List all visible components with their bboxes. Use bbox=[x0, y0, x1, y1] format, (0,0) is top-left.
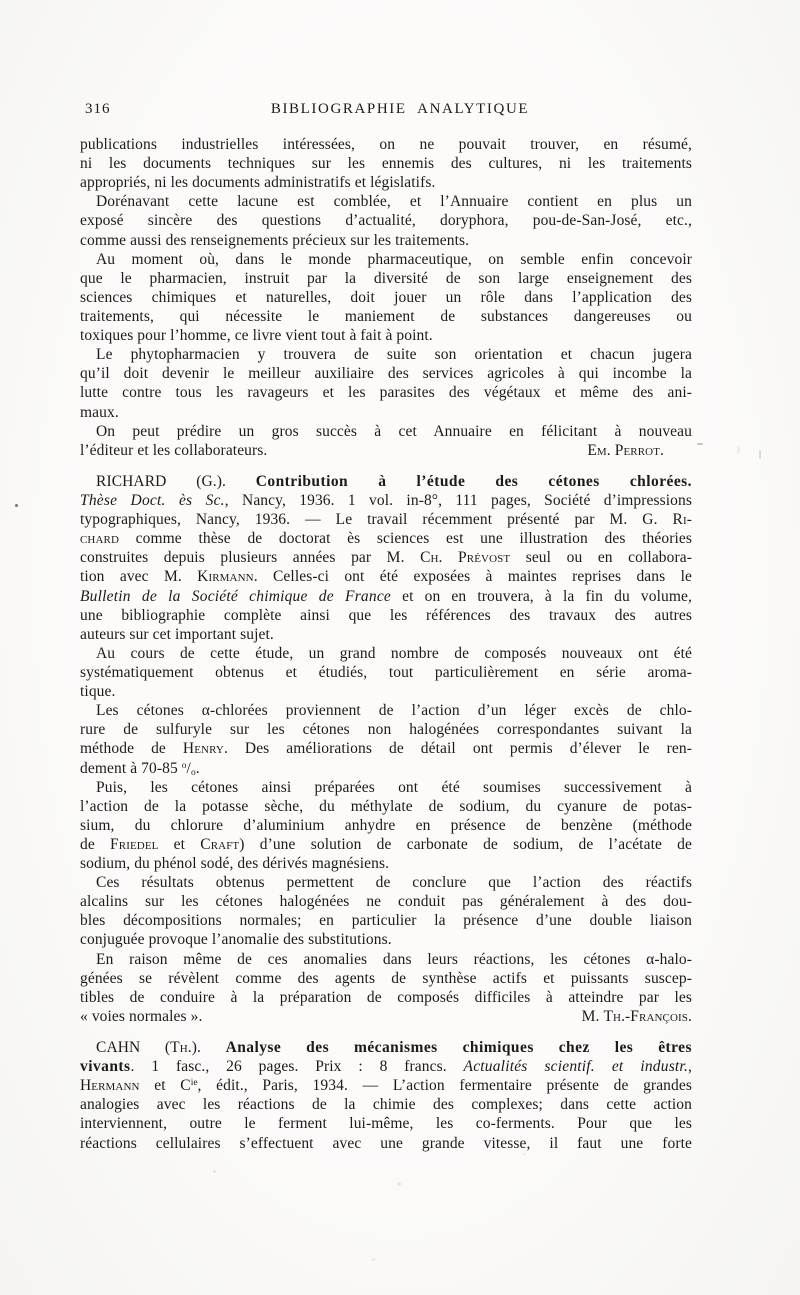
text-line: ni les documents techniques sur les enne… bbox=[80, 154, 692, 173]
text-line: RICHARD (G.). Contribution à l’étude des… bbox=[80, 472, 692, 491]
text-line: typographiques, Nancy, 1936. — Le travai… bbox=[80, 510, 692, 529]
text-line: conjuguée provoque l’anomalie des substi… bbox=[80, 930, 692, 949]
text-line: Au moment où, dans le monde pharmaceutiq… bbox=[80, 250, 692, 269]
text-line: l’action de la potasse sèche, du méthyla… bbox=[80, 797, 692, 816]
running-title: BIBLIOGRAPHIE ANALYTIQUE bbox=[0, 101, 800, 118]
text-line: maux. bbox=[80, 403, 692, 422]
text-line: qu’il doit devenir le meilleur auxiliair… bbox=[80, 364, 692, 383]
text-line: méthode de Henry. Des améliorations de d… bbox=[80, 739, 692, 758]
text-line: génées se révèlent comme des agents de s… bbox=[80, 969, 692, 988]
para-en-raison: En raison même de ces anomalies dans leu… bbox=[80, 950, 692, 1026]
signature: Em. Perrot. bbox=[587, 441, 664, 460]
text-line: Au cours de cette étude, un grand nombre… bbox=[80, 644, 692, 663]
signature: M. Th.-François. bbox=[582, 1007, 692, 1026]
text-line: chard comme thèse de doctorat ès science… bbox=[80, 529, 692, 548]
text-line: En raison même de ces anomalies dans leu… bbox=[80, 950, 692, 969]
text-line: auteurs sur cet important sujet. bbox=[80, 625, 692, 644]
text-line: Thèse Doct. ès Sc., Nancy, 1936. 1 vol. … bbox=[80, 491, 692, 510]
text-line: tibles de conduire à la préparation de c… bbox=[80, 988, 692, 1007]
text-line: exposé sincère des questions d’actualité… bbox=[80, 211, 692, 230]
text-line: appropriés, ni les documents administrat… bbox=[80, 173, 692, 192]
text-line: Le phytopharmacien y trouvera de suite s… bbox=[80, 345, 692, 364]
text-line: de Friedel et Craft) d’une solution de c… bbox=[80, 835, 692, 854]
text-line: lutte contre tous les ravageurs et les p… bbox=[80, 383, 692, 402]
text-line: que le pharmacien, instruit par la diver… bbox=[80, 269, 692, 288]
entry-cahn: CAHN (Th.). Analyse des mécanismes chimi… bbox=[80, 1038, 692, 1153]
text-line: CAHN (Th.). Analyse des mécanismes chimi… bbox=[80, 1038, 692, 1057]
para-cetones-chlorees: Les cétones α-chlorées proviennent de l’… bbox=[80, 701, 692, 777]
scan-speck bbox=[397, 1182, 401, 1186]
text-line: vivants. 1 fasc., 26 pages. Prix : 8 fra… bbox=[80, 1057, 692, 1076]
text-line: comme aussi des renseignements précieux … bbox=[80, 231, 692, 250]
scan-speck bbox=[15, 504, 18, 507]
text-line: bles décompositions normales; en particu… bbox=[80, 911, 692, 930]
scanned-page: { "header": { "page_number": "316", "tit… bbox=[0, 0, 800, 1295]
para-puis: Puis, les cétones ainsi préparées ont ét… bbox=[80, 778, 692, 874]
text-line: traitements, qui nécessite le maniement … bbox=[80, 307, 692, 326]
text-line: publications industrielles intéressées, … bbox=[80, 135, 692, 154]
para-phytopharmacien: Le phytopharmacien y trouvera de suite s… bbox=[80, 345, 692, 421]
text-line: tique. bbox=[80, 682, 692, 701]
scan-speck bbox=[759, 450, 761, 459]
text-line: tion avec M. Kirmann. Celles-ci ont été … bbox=[80, 567, 692, 586]
para-on-peut-predire: On peut prédire un gros succès à cet Ann… bbox=[80, 422, 692, 460]
text-line: dement à 70-85 o/o. bbox=[80, 759, 692, 778]
entry-richard: RICHARD (G.). Contribution à l’étude des… bbox=[80, 472, 692, 644]
text-line: M. Th.-François.« voies normales ». bbox=[80, 1007, 692, 1026]
page-header: 316 BIBLIOGRAPHIE ANALYTIQUE bbox=[0, 101, 800, 121]
text-line: Les cétones α-chlorées proviennent de l’… bbox=[80, 701, 692, 720]
text-line: interviennent, outre le ferment lui-même… bbox=[80, 1114, 692, 1133]
text-line: Bulletin de la Société chimique de Franc… bbox=[80, 587, 692, 606]
para-dorenavant: Dorénavant cette lacune est comblée, et … bbox=[80, 192, 692, 249]
scan-speck bbox=[737, 446, 740, 454]
scan-speck bbox=[523, 1153, 526, 1155]
scan-speck bbox=[372, 1258, 375, 1261]
text-line: réactions cellulaires s’effectuent avec … bbox=[80, 1134, 692, 1153]
text-line: systématiquement obtenus et étudiés, tou… bbox=[80, 663, 692, 682]
text-line: sium, du chlorure d’aluminium anhydre en… bbox=[80, 816, 692, 835]
para-au-cours: Au cours de cette étude, un grand nombre… bbox=[80, 644, 692, 701]
text-line: sodium, du phénol sodé, des dérivés magn… bbox=[80, 854, 692, 873]
text-line: construites depuis plusieurs années par … bbox=[80, 548, 692, 567]
text-line: toxiques pour l’homme, ce livre vient to… bbox=[80, 326, 692, 345]
text-line: sciences chimiques et naturelles, doit j… bbox=[80, 288, 692, 307]
text-line: Em. Perrot.l’éditeur et les collaborateu… bbox=[80, 441, 692, 460]
para-publications: publications industrielles intéressées, … bbox=[80, 135, 692, 192]
text-line: Puis, les cétones ainsi préparées ont ét… bbox=[80, 778, 692, 797]
text-line: Ces résultats obtenus permettent de conc… bbox=[80, 873, 692, 892]
text-line: une bibliographie complète ainsi que les… bbox=[80, 606, 692, 625]
text-line: Hermann et Cie, édit., Paris, 1934. — L’… bbox=[80, 1076, 692, 1095]
text-column: publications industrielles intéressées, … bbox=[80, 135, 692, 1153]
text-line: On peut prédire un gros succès à cet Ann… bbox=[80, 422, 692, 441]
text-line: analogies avec les réactions de la chimi… bbox=[80, 1095, 692, 1114]
text-line: rure de sulfuryle sur les cétones non ha… bbox=[80, 720, 692, 739]
para-au-moment: Au moment où, dans le monde pharmaceutiq… bbox=[80, 250, 692, 346]
text-line: alcalins sur les cétones halogénées ne c… bbox=[80, 892, 692, 911]
para-ces-resultats: Ces résultats obtenus permettent de conc… bbox=[80, 873, 692, 949]
text-line: Dorénavant cette lacune est comblée, et … bbox=[80, 192, 692, 211]
scan-speck bbox=[213, 1170, 216, 1173]
scan-speck bbox=[697, 443, 703, 445]
